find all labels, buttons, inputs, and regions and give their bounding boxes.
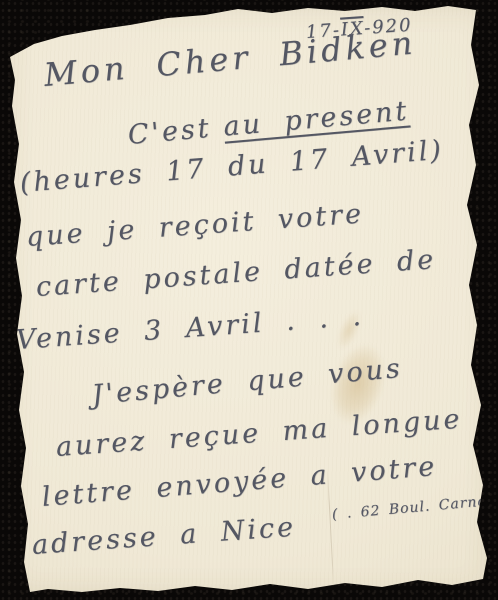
body-line: (heures 17 du 17 Avril) [19,135,445,199]
body-line: adresse a Nice [31,512,297,561]
salutation-line: Mon Cher Bidken [42,24,417,94]
body-line: que je reçoit votre [25,198,365,253]
letter-paper: 17-IX-920 Mon Cher Bidken C'estau presen… [0,0,498,600]
cest-underlined-phrase: au present [222,95,410,142]
cest-pre: C'est [127,113,213,151]
body-line: carte postale datée de [35,244,437,303]
photo-background: 17-IX-920 Mon Cher Bidken C'estau presen… [0,0,498,600]
address-note: ( . 62 Boul. Carnot) [331,492,498,523]
body-line: Venise 3 Avril . . . [15,301,365,356]
